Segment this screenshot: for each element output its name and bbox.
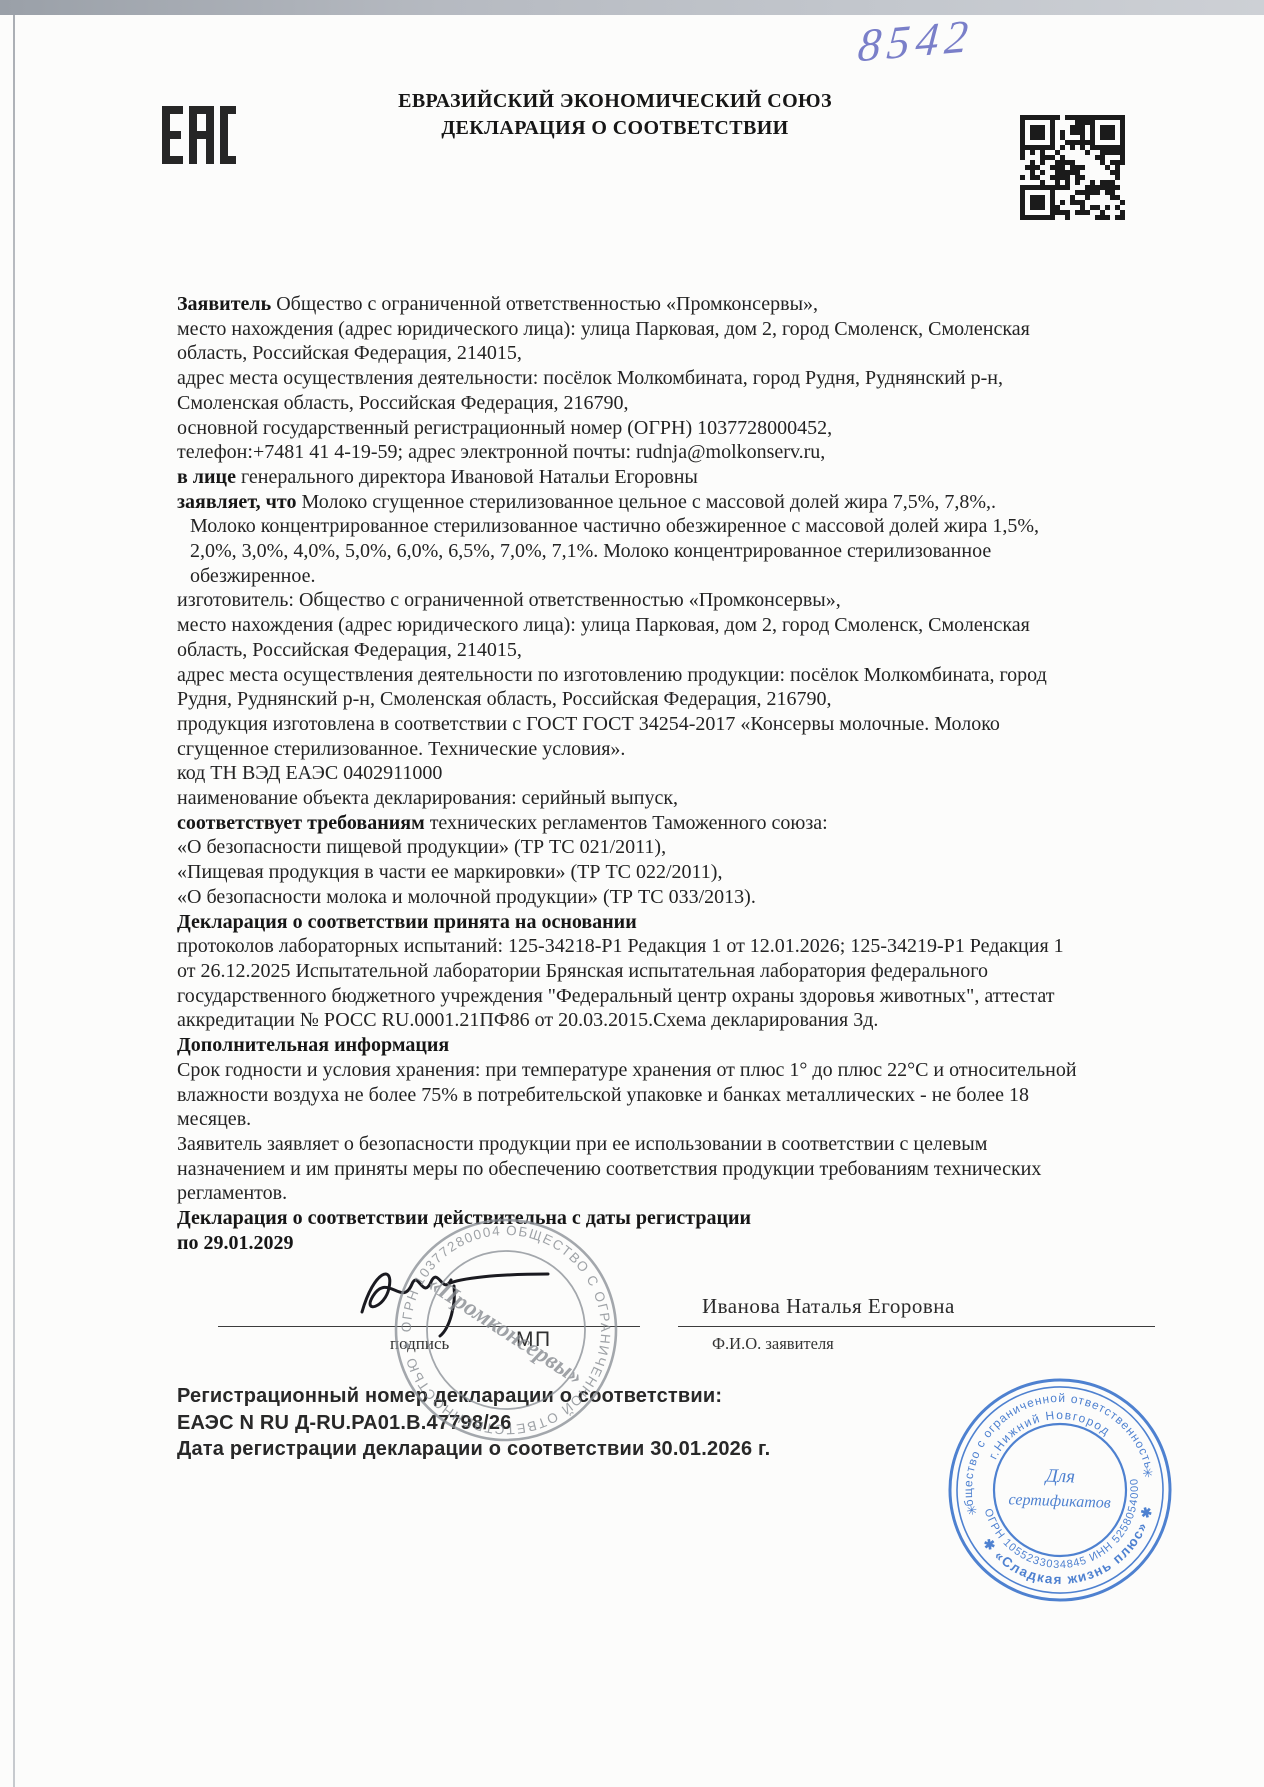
body-line: область, Российская Федерация, 214015, — [177, 638, 1247, 663]
body-line: Заявитель Общество с ограниченной ответс… — [177, 292, 1247, 317]
blue-stamp-outer-bottom-text: ✱ «Сладкая жизнь плюс» ✱ — [978, 1501, 1168, 1604]
body-line: обезжиренное. — [177, 564, 1247, 589]
body-line: место нахождения (адрес юридического лиц… — [177, 317, 1247, 342]
svg-text:✱ «Сладкая жизнь плюс» ✱: ✱ «Сладкая жизнь плюс» ✱ — [978, 1501, 1168, 1604]
certification-stamp-blue: Общество с ограниченной ответственностью… — [922, 1352, 1197, 1627]
document-page: 8542 ЕВРАЗИЙСКИЙ ЭКОНОМИЧЕСКИЙ СОЮЗ ДЕКЛ… — [0, 0, 1264, 1787]
body-line: место нахождения (адрес юридического лиц… — [177, 613, 1247, 638]
blue-stamp-center-line2: сертификатов — [1008, 1491, 1111, 1512]
title-declaration: ДЕКЛАРАЦИЯ О СООТВЕТСТВИИ — [330, 115, 900, 142]
body-line: продукция изготовлена в соответствии с Г… — [177, 712, 1247, 737]
body-line: Рудня, Руднянский р-н, Смоленская област… — [177, 687, 1247, 712]
body-line: Смоленская область, Российская Федерация… — [177, 391, 1247, 416]
fio-label: Ф.И.О. заявителя — [712, 1334, 834, 1354]
body-line: соответствует требованиям технических ре… — [177, 811, 1247, 836]
body-line: Срок годности и условия хранения: при те… — [177, 1058, 1247, 1083]
blue-stamp-center-line1: Для — [1044, 1465, 1076, 1487]
gray-stamp-center-text: «Промконсервы» — [423, 1271, 587, 1390]
body-line: Заявитель заявляет о безопасности продук… — [177, 1132, 1247, 1157]
body-line: наименование объекта декларирования: сер… — [177, 786, 1247, 811]
body-line: «Пищевая продукция в части ее маркировки… — [177, 860, 1247, 885]
body-line: регламентов. — [177, 1181, 1247, 1206]
handwritten-number: 8542 — [856, 9, 976, 73]
body-line: адрес места осуществления деятельности: … — [177, 366, 1247, 391]
body-line: аккредитации № РОСС RU.0001.21ПФ86 от 20… — [177, 1008, 1247, 1033]
body-line: 2,0%, 3,0%, 4,0%, 5,0%, 6,0%, 6,5%, 7,0%… — [177, 539, 1247, 564]
body-line: месяцев. — [177, 1107, 1247, 1132]
body-line: изготовитель: Общество с ограниченной от… — [177, 588, 1247, 613]
eac-logo — [162, 106, 236, 164]
declaration-body: Заявитель Общество с ограниченной ответс… — [177, 292, 1247, 1255]
body-line: государственного бюджетного учреждения "… — [177, 984, 1247, 1009]
fio-line — [678, 1326, 1155, 1327]
body-line: влажности воздуха не более 75% в потреби… — [177, 1083, 1247, 1108]
body-line: в лице генерального директора Ивановой Н… — [177, 465, 1247, 490]
body-line: заявляет, что Молоко сгущенное стерилизо… — [177, 490, 1247, 515]
body-line: сгущенное стерилизованное. Технические у… — [177, 737, 1247, 762]
body-line: назначением и им приняты меры по обеспеч… — [177, 1157, 1247, 1182]
body-line: протоколов лабораторных испытаний: 125-3… — [177, 934, 1247, 959]
body-line: область, Российская Федерация, 214015, — [177, 341, 1247, 366]
body-line: Декларация о соответствии действительна … — [177, 1206, 1247, 1231]
body-line: Дополнительная информация — [177, 1033, 1247, 1058]
body-line: код ТН ВЭД ЕАЭС 0402911000 — [177, 761, 1247, 786]
body-line: «О безопасности молока и молочной продук… — [177, 885, 1247, 910]
body-line: от 26.12.2025 Испытательной лаборатории … — [177, 959, 1247, 984]
applicant-name: Иванова Наталья Егоровна — [702, 1294, 955, 1319]
title-union: ЕВРАЗИЙСКИЙ ЭКОНОМИЧЕСКИЙ СОЮЗ — [330, 88, 900, 115]
company-stamp-gray: ОБЩЕСТВО С ОГРАНИЧЕННОЙ ОТВЕТСТВЕННОСТЬЮ… — [390, 1214, 622, 1446]
qr-code — [1018, 113, 1128, 225]
scan-edge-top — [0, 0, 1264, 15]
body-line: Декларация о соответствии принята на осн… — [177, 910, 1247, 935]
body-line: телефон:+7481 41 4-19-59; адрес электрон… — [177, 440, 1247, 465]
scan-edge-left — [13, 15, 15, 1787]
body-line: «О безопасности пищевой продукции» (ТР Т… — [177, 835, 1247, 860]
blue-stamp-star-left: ✳ — [965, 1502, 979, 1519]
document-title: ЕВРАЗИЙСКИЙ ЭКОНОМИЧЕСКИЙ СОЮЗ ДЕКЛАРАЦИ… — [330, 88, 900, 142]
body-line: адрес места осуществления деятельности п… — [177, 663, 1247, 688]
body-line: Молоко концентрированное стерилизованное… — [177, 514, 1247, 539]
body-line: по 29.01.2029 — [177, 1231, 1247, 1256]
body-line: основной государственный регистрационный… — [177, 416, 1247, 441]
